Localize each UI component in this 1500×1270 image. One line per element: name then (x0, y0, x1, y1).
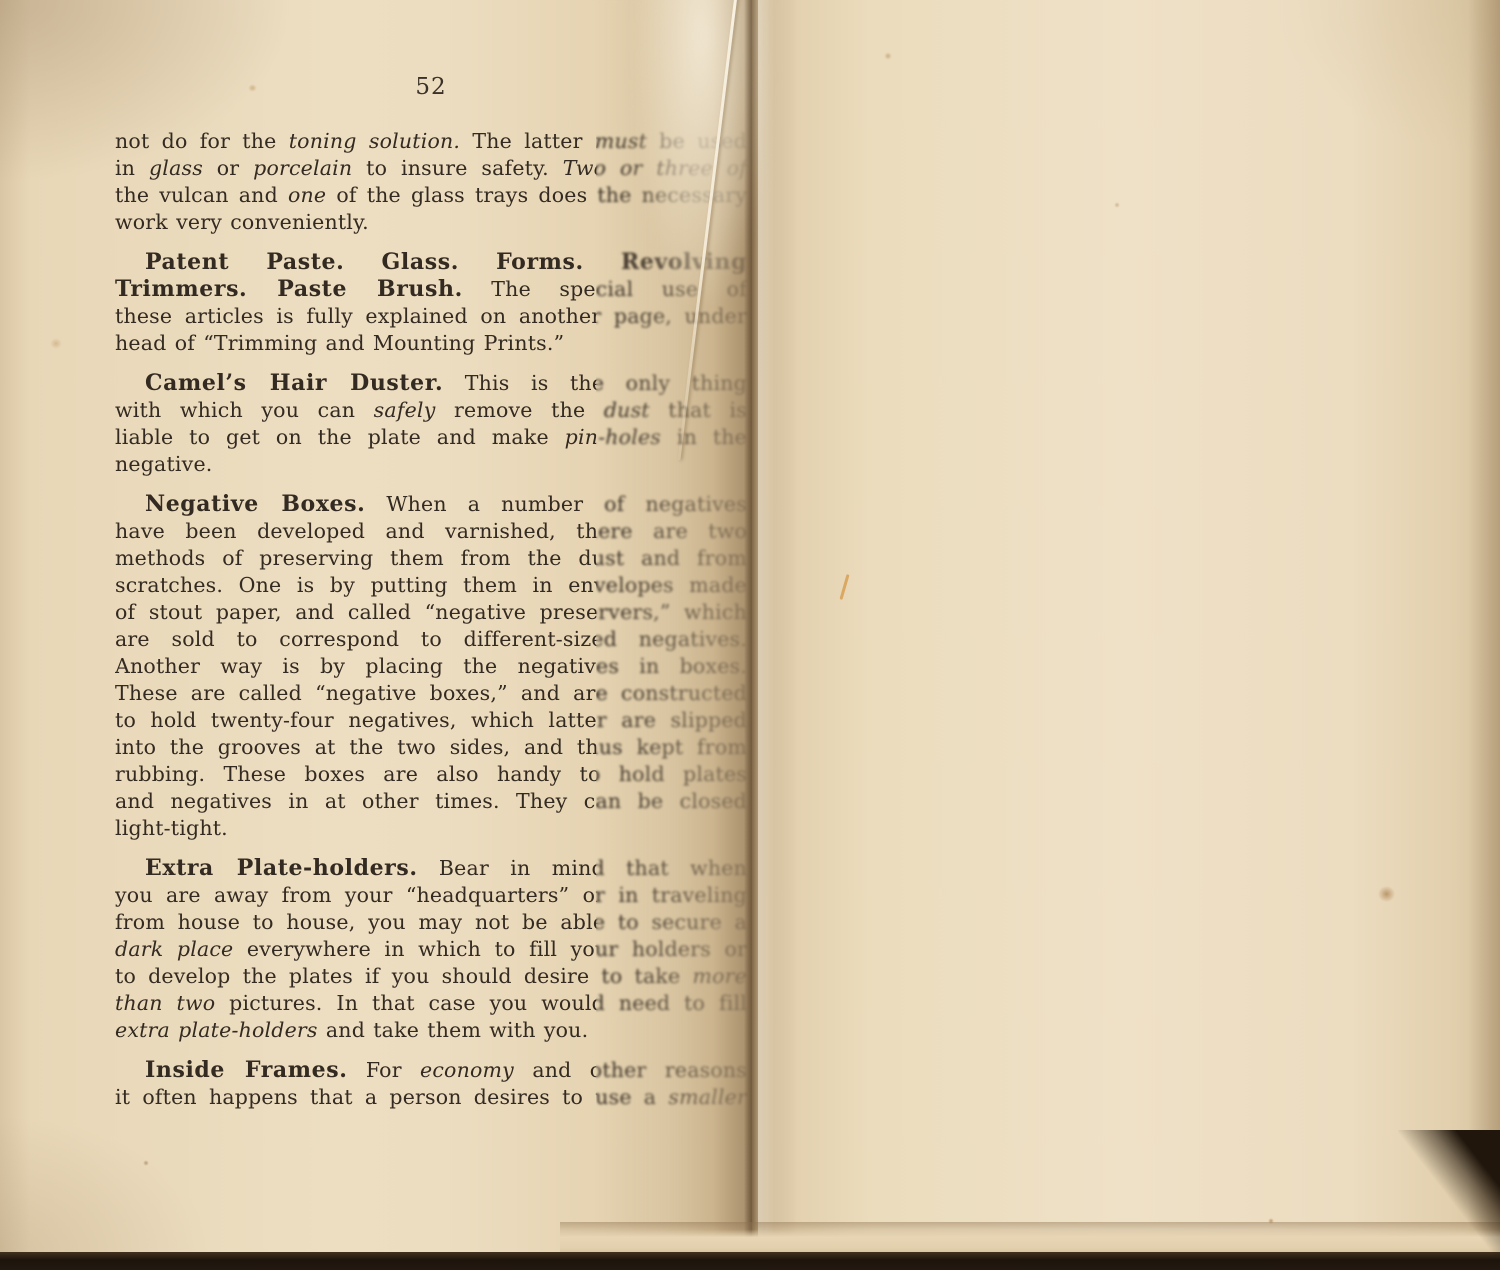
text-segment: extra plate-holders (115, 1018, 318, 1042)
text-line: Negative Boxes. When a number of negativ… (115, 491, 747, 518)
text-segment: to develop the plates if you should desi… (115, 964, 692, 988)
text-line: to develop the plates if you should desi… (115, 963, 747, 990)
page-52: 52 not do for the toning solution. The l… (0, 0, 752, 1256)
text-line: you are away from your “headquarters” or… (115, 882, 747, 909)
text-line: work very conveniently. (115, 209, 747, 236)
paragraph: Inside Frames. For economy and other rea… (115, 1057, 747, 1111)
page-number-left: 52 (115, 74, 747, 100)
paragraph: Extra Plate-holders. Bear in mind that w… (115, 855, 747, 1044)
text-segment: be used (647, 129, 747, 153)
text-segment: have been developed and varnished, there… (115, 519, 747, 543)
text-segment: When a number of negatives (365, 492, 747, 516)
text-segment: safely (374, 398, 436, 422)
paragraph: Negative Boxes. When a number of negativ… (115, 491, 747, 842)
text-segment: more (692, 964, 747, 988)
foxing-stain (756, 1244, 762, 1250)
foxing-stain (884, 52, 892, 60)
page-53: 53 e plate than the largest his plate-ho… (752, 0, 1500, 1256)
text-segment: it often happens that a person desires t… (115, 1085, 668, 1109)
text-segment: The special use of (463, 277, 747, 301)
foxing-stain (1268, 1218, 1274, 1224)
text-line: Camel’s Hair Duster. This is the only th… (115, 370, 747, 397)
text-segment: you are away from your “headquarters” or… (115, 883, 747, 907)
text-segment: than two (115, 991, 215, 1015)
text-segment: pictures. In that case you would need to… (215, 991, 747, 1015)
text-line: Patent Paste. Glass. Forms. Revolving (115, 249, 747, 276)
text-segment: the vulcan and (115, 183, 288, 207)
text-line: are sold to correspond to different-size… (115, 626, 747, 653)
text-line: negative. (115, 451, 747, 478)
text-line: head of “Trimming and Mounting Prints.” (115, 330, 747, 357)
text-segment: must (595, 129, 647, 153)
foxing-stain (143, 1160, 149, 1166)
text-segment: not do for the (115, 129, 289, 153)
paragraph: Patent Paste. Glass. Forms. RevolvingTri… (115, 249, 747, 357)
text-line: from house to house, you may not be able… (115, 909, 747, 936)
text-segment: and take them with you. (318, 1018, 589, 1042)
text-line: Another way is by placing the negatives … (115, 653, 747, 680)
text-line: Extra Plate-holders. Bear in mind that w… (115, 855, 747, 882)
text-line: Trimmers. Paste Brush. The special use o… (115, 276, 747, 303)
text-segment: in the (661, 425, 747, 449)
text-segment: This is the only thing (443, 371, 747, 395)
text-segment: porcelain (253, 156, 352, 180)
foxing-stain (248, 84, 257, 92)
text-segment: methods of preserving them from the dust… (115, 546, 747, 570)
text-segment: smaller (668, 1085, 747, 1109)
text-line: rubbing. These boxes are also handy to h… (115, 761, 747, 788)
text-segment: Bear in mind that when (418, 856, 747, 880)
text-segment: Inside Frames. (145, 1057, 348, 1083)
text-segment: or (203, 156, 253, 180)
text-segment: with which you can (115, 398, 374, 422)
text-segment: everywhere in which to fill your holders… (233, 937, 747, 961)
text-segment: glass (149, 156, 203, 180)
text-segment: dust (604, 398, 650, 422)
text-line: have been developed and varnished, there… (115, 518, 747, 545)
text-segment: light-tight. (115, 816, 228, 840)
text-line: dark place everywhere in which to fill y… (115, 936, 747, 963)
text-line: the vulcan and one of the glass trays do… (115, 182, 747, 209)
text-line: not do for the toning solution. The latt… (115, 128, 747, 155)
text-segment: one (288, 183, 326, 207)
foxing-stain (1378, 886, 1395, 902)
text-segment: Negative Boxes. (145, 491, 365, 517)
text-segment: liable to get on the plate and make (115, 425, 565, 449)
text-segment: pin-holes (565, 425, 661, 449)
text-segment: For (348, 1058, 421, 1082)
text-line: extra plate-holders and take them with y… (115, 1017, 747, 1044)
text-segment: into the grooves at the two sides, and t… (115, 735, 747, 759)
text-line: methods of preserving them from the dust… (115, 545, 747, 572)
text-segment: Extra Plate-holders. (145, 855, 418, 881)
text-segment: of the glass trays does the necessary (326, 183, 747, 207)
text-line: into the grooves at the two sides, and t… (115, 734, 747, 761)
text-line: with which you can safely remove the dus… (115, 397, 747, 424)
text-line: of stout paper, and called “negative pre… (115, 599, 747, 626)
text-segment: toning solution. (289, 129, 460, 153)
foxing-stain (1114, 202, 1120, 208)
book-scan: 52 not do for the toning solution. The l… (0, 0, 1500, 1270)
text-segment: in (115, 156, 149, 180)
text-line: it often happens that a person desires t… (115, 1084, 747, 1111)
text-line: to hold twenty-four negatives, which lat… (115, 707, 747, 734)
text-segment: scratches. One is by putting them in env… (115, 573, 747, 597)
text-segment: and negatives in at other times. They ca… (115, 789, 747, 813)
text-segment: Camel’s Hair Duster. (145, 370, 443, 396)
text-segment: from house to house, you may not be able… (115, 910, 747, 934)
text-segment: dark place (115, 937, 233, 961)
paragraph: Camel’s Hair Duster. This is the only th… (115, 370, 747, 478)
text-line: liable to get on the plate and make pin-… (115, 424, 747, 451)
text-segment: The latter (460, 129, 595, 153)
text-segment: negative. (115, 452, 213, 476)
text-segment: economy (420, 1058, 514, 1082)
text-segment: remove the (435, 398, 603, 422)
text-segment: these articles is fully explained on ano… (115, 304, 747, 328)
text-line: Inside Frames. For economy and other rea… (115, 1057, 747, 1084)
text-segment: Patent Paste. Glass. Forms. Revolving (145, 249, 747, 275)
text-line: than two pictures. In that case you woul… (115, 990, 747, 1017)
text-segment: head of “Trimming and Mounting Prints.” (115, 331, 564, 355)
foxing-stain (50, 338, 62, 349)
paragraph: not do for the toning solution. The latt… (115, 128, 747, 236)
text-segment: to hold twenty-four negatives, which lat… (115, 708, 747, 732)
text-segment: Another way is by placing the negatives … (115, 654, 747, 678)
text-segment: Two or three of (563, 156, 747, 180)
text-line: in glass or porcelain to insure safety. … (115, 155, 747, 182)
text-segment: and other reasons (514, 1058, 747, 1082)
text-segment: of stout paper, and called “negative pre… (115, 600, 747, 624)
text-segment: work very conveniently. (115, 210, 369, 234)
text-line: scratches. One is by putting them in env… (115, 572, 747, 599)
text-segment: are sold to correspond to different-size… (115, 627, 747, 651)
text-line: These are called “negative boxes,” and a… (115, 680, 747, 707)
text-segment: Trimmers. Paste Brush. (115, 276, 463, 302)
text-line: light-tight. (115, 815, 747, 842)
text-segment: that is (650, 398, 747, 422)
page-52-text: not do for the toning solution. The latt… (115, 128, 747, 1124)
text-segment: These are called “negative boxes,” and a… (115, 681, 747, 705)
text-segment: to insure safety. (352, 156, 562, 180)
text-line: and negatives in at other times. They ca… (115, 788, 747, 815)
text-line: these articles is fully explained on ano… (115, 303, 747, 330)
text-segment: rubbing. These boxes are also handy to h… (115, 762, 747, 786)
